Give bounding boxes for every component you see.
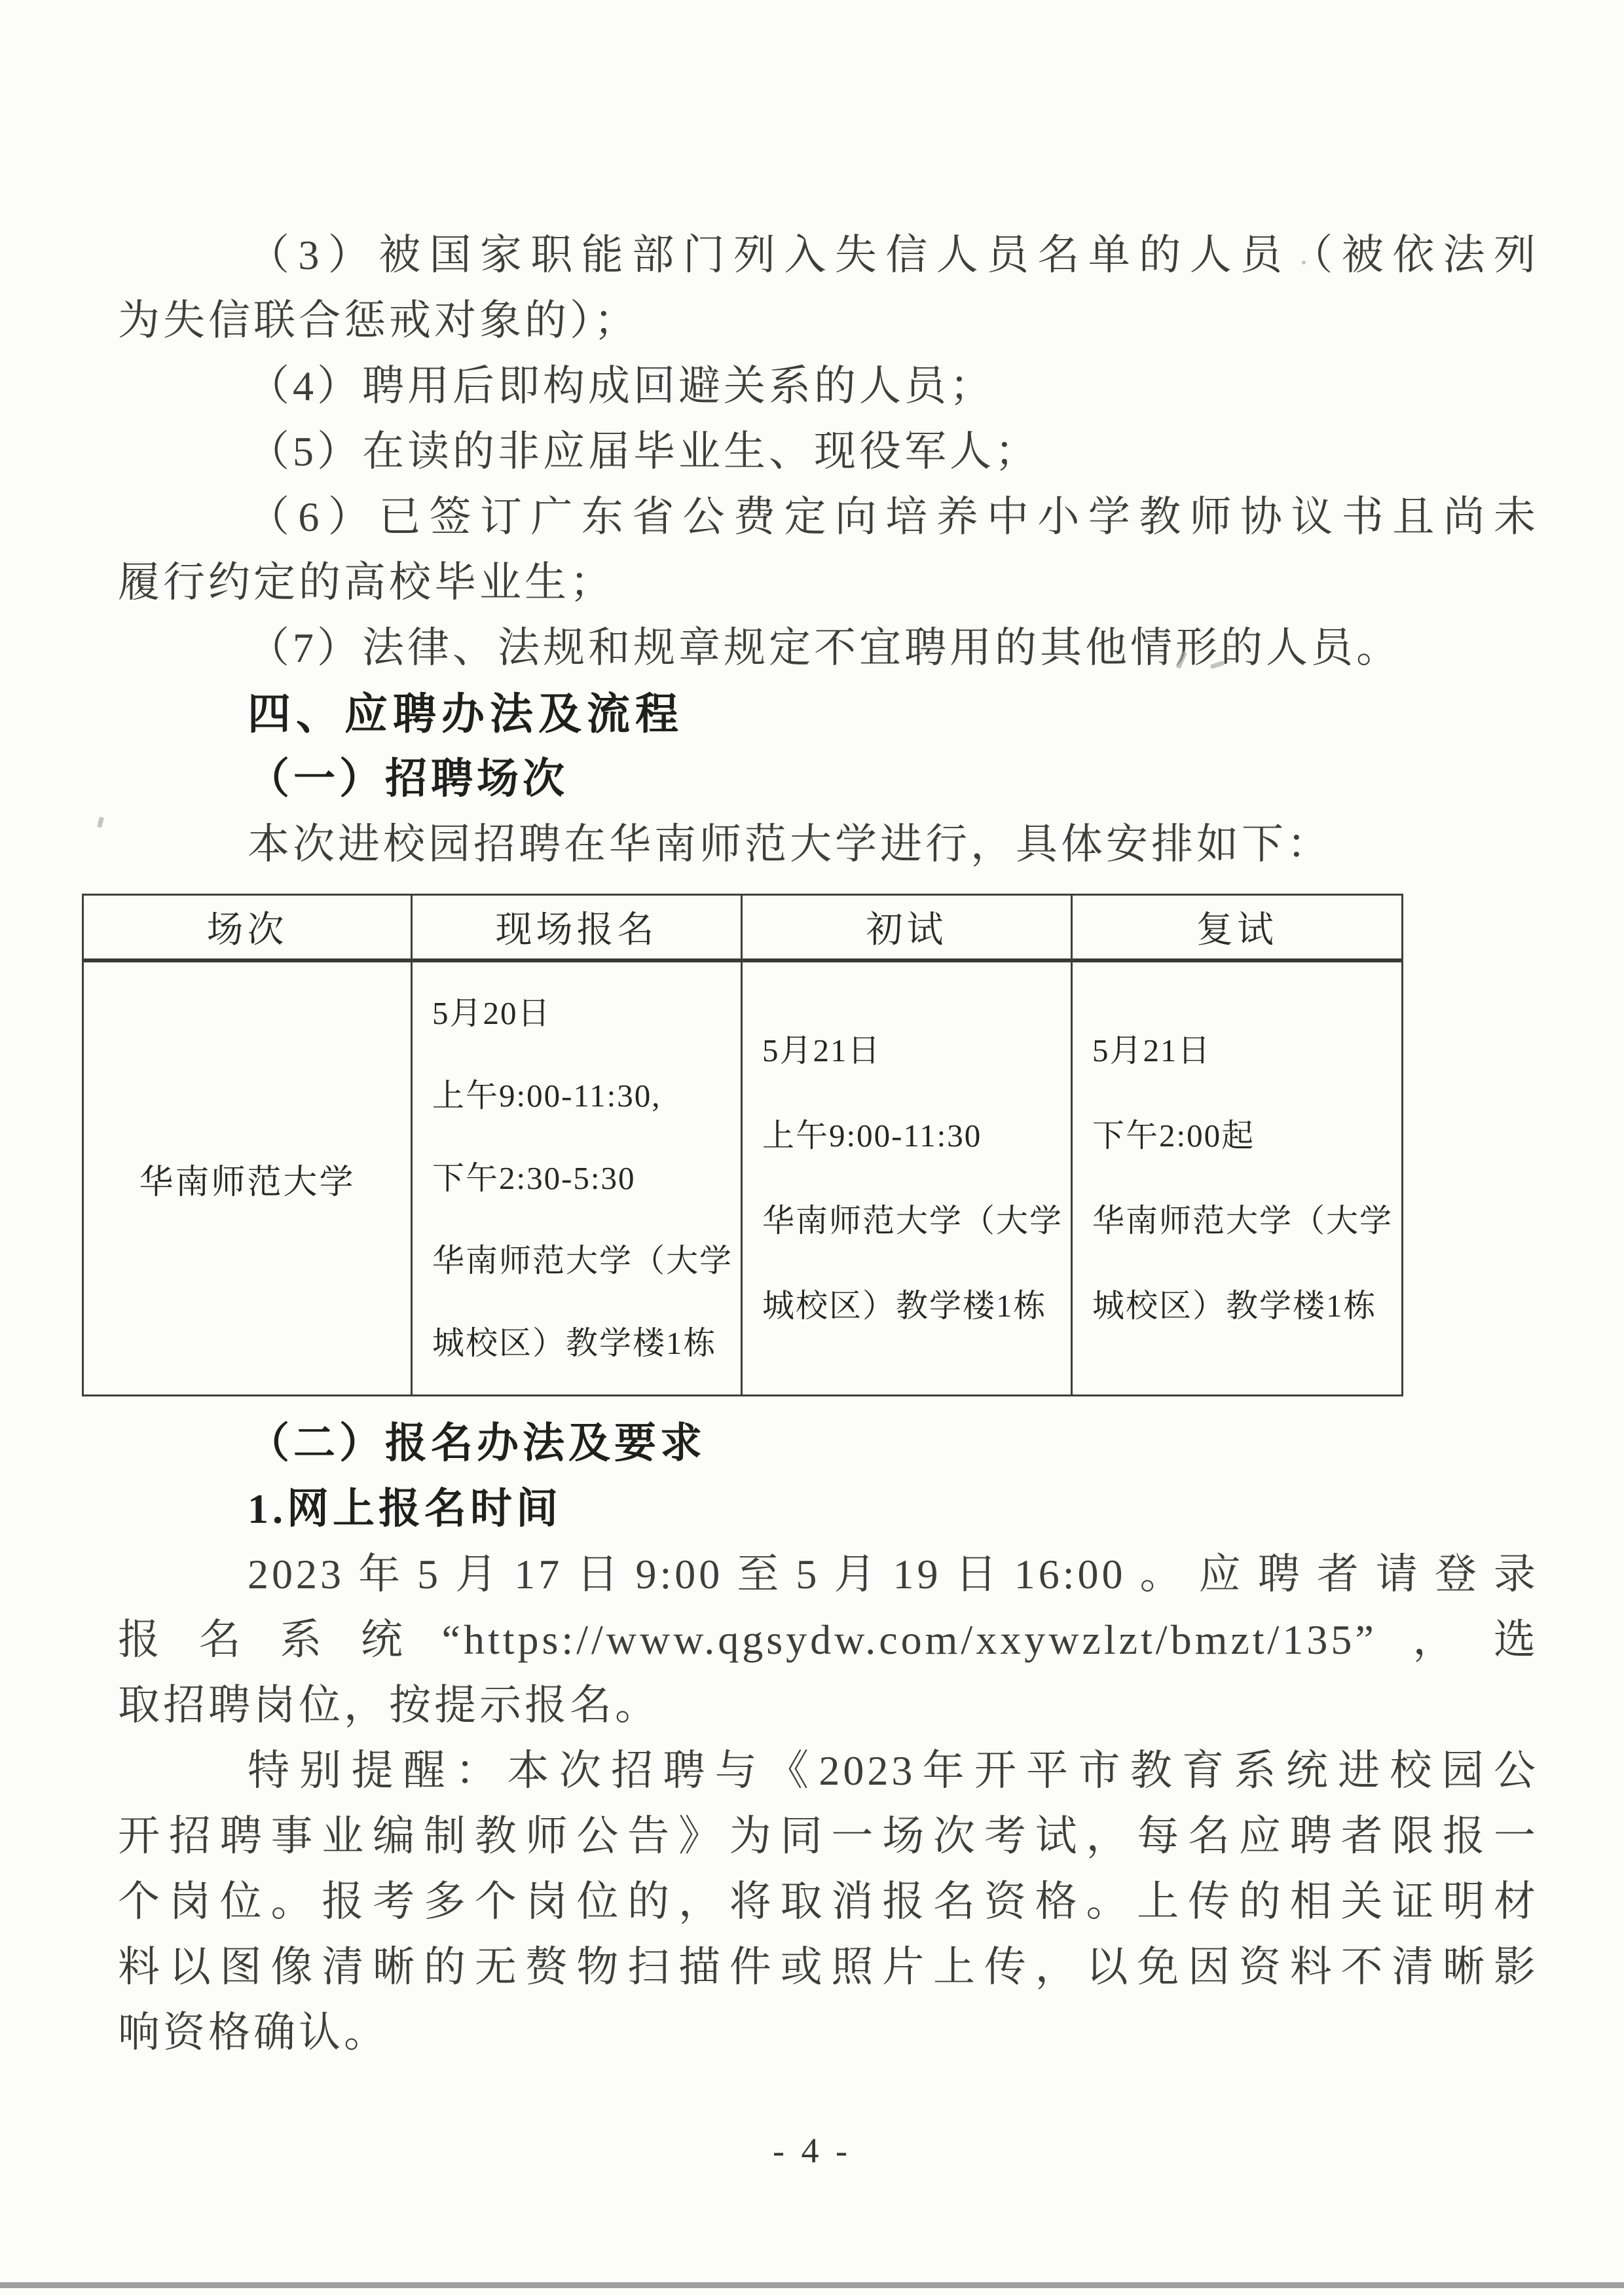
onsite-time-pm: 下午2:30-5:30 bbox=[432, 1137, 733, 1220]
first-test-venue-l1: 华南师范大学（大学 bbox=[762, 1178, 1063, 1264]
exclusion-item-3-line-2: 为失信联合惩戒对象的）； bbox=[118, 288, 1539, 354]
exclusion-item-4: （4）聘用后即构成回避关系的人员； bbox=[118, 354, 1539, 419]
lower-text-block: （二）报名办法及要求 1.网上报名时间 2023年5月17日9:00至5月19日… bbox=[118, 1411, 1539, 2066]
first-test-venue-l2: 城校区）教学楼1栋 bbox=[762, 1264, 1063, 1349]
special-note-line-2: 开招聘事业编制教师公告》为同一场次考试，每名应聘者限报一 bbox=[118, 1804, 1539, 1869]
cell-second-test: 5月21日 下午2:00起 华南师范大学（大学 城校区）教学楼1栋 bbox=[1073, 962, 1401, 1394]
online-registration-heading: 1.网上报名时间 bbox=[118, 1476, 1539, 1542]
onsite-venue-l2: 城校区）教学楼1栋 bbox=[432, 1302, 733, 1385]
special-note-line-4: 料以图像清晰的无赘物扫描件或照片上传，以免因资料不清晰影 bbox=[118, 1935, 1539, 2000]
first-test-date: 5月21日 bbox=[762, 1008, 1063, 1093]
special-note-line-5: 响资格确认。 bbox=[118, 2000, 1539, 2066]
special-note-line-1: 特别提醒：本次招聘与《2023年开平市教育系统进校园公 bbox=[118, 1738, 1539, 1804]
page-number: - 4 - bbox=[0, 2128, 1624, 2174]
scan-speck bbox=[1302, 261, 1306, 264]
special-note-line-3: 个岗位。报考多个岗位的，将取消报名资格。上传的相关证明材 bbox=[118, 1869, 1539, 1935]
col-header-second-test: 复试 bbox=[1073, 896, 1401, 962]
exclusion-item-6-line-1: （6）已签订广东省公费定向培养中小学教师协议书且尚未 bbox=[118, 484, 1539, 550]
exclusion-item-6-line-2: 履行约定的高校毕业生； bbox=[118, 550, 1539, 615]
first-test-time: 上午9:00-11:30 bbox=[762, 1093, 1063, 1178]
registration-line-3: 取招聘岗位，按提示报名。 bbox=[118, 1673, 1539, 1738]
scan-edge-line bbox=[0, 2282, 1624, 2288]
scanned-document-page: （3）被国家职能部门列入失信人员名单的人员（被依法列 为失信联合惩戒对象的）； … bbox=[0, 0, 1624, 2296]
subsection-2-heading: （二）报名办法及要求 bbox=[118, 1411, 1539, 1476]
exclusion-item-7: （7）法律、法规和规章规定不宜聘用的其他情形的人员。 bbox=[118, 615, 1539, 681]
onsite-venue-l1: 华南师范大学（大学 bbox=[432, 1220, 733, 1302]
second-test-time: 下午2:00起 bbox=[1092, 1093, 1393, 1178]
registration-line-1: 2023年5月17日9:00至5月19日16:00。应聘者请登录 bbox=[118, 1542, 1539, 1607]
subsection-1-heading: （一）招聘场次 bbox=[118, 746, 1539, 812]
section-4-heading: 四、应聘办法及流程 bbox=[118, 681, 1539, 746]
col-header-session: 场次 bbox=[84, 896, 413, 962]
exclusion-item-3-line-1: （3）被国家职能部门列入失信人员名单的人员（被依法列 bbox=[118, 223, 1539, 288]
onsite-date: 5月20日 bbox=[432, 972, 733, 1055]
exclusion-item-5: （5）在读的非应届毕业生、现役军人； bbox=[118, 419, 1539, 484]
cell-session: 华南师范大学 bbox=[84, 962, 413, 1394]
col-header-onsite-registration: 现场报名 bbox=[413, 896, 743, 962]
recruitment-schedule-table: 场次 现场报名 初试 复试 华南师范大学 5月20日 上午9:00-11:30,… bbox=[82, 894, 1403, 1396]
second-test-venue-l2: 城校区）教学楼1栋 bbox=[1092, 1264, 1393, 1349]
second-test-venue-l1: 华南师范大学（大学 bbox=[1092, 1178, 1393, 1264]
scan-speck bbox=[97, 816, 104, 828]
col-header-first-test: 初试 bbox=[743, 896, 1073, 962]
cell-onsite-registration: 5月20日 上午9:00-11:30, 下午2:30-5:30 华南师范大学（大… bbox=[413, 962, 743, 1394]
registration-line-2: 报名系统“https://www.qgsydw.com/xxywzlzt/bmz… bbox=[118, 1607, 1539, 1673]
cell-first-test: 5月21日 上午9:00-11:30 华南师范大学（大学 城校区）教学楼1栋 bbox=[743, 962, 1073, 1394]
onsite-time-am: 上午9:00-11:30, bbox=[432, 1055, 733, 1137]
second-test-date: 5月21日 bbox=[1092, 1008, 1393, 1093]
subsection-1-intro: 本次进校园招聘在华南师范大学进行，具体安排如下： bbox=[118, 812, 1539, 877]
upper-text-block: （3）被国家职能部门列入失信人员名单的人员（被依法列 为失信联合惩戒对象的）； … bbox=[118, 223, 1539, 877]
